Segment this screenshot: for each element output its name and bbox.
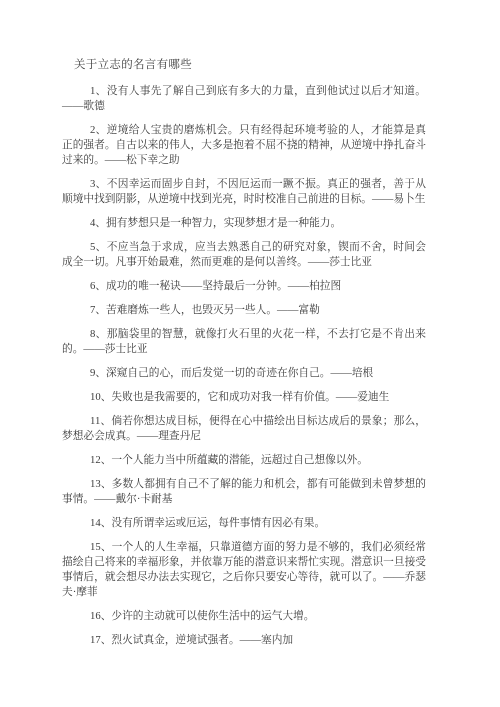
- quote-paragraph-8: 8、那脑袋里的智慧，就像打火石里的火花一样，不去打它是不肯出来的。——莎士比亚: [62, 327, 426, 357]
- quote-paragraph-15: 15、一个人的人生幸福，只靠道德方面的努力是不够的，我们必须经常描绘自己将来的幸…: [62, 540, 426, 600]
- quote-list: 1、没有人事先了解自己到底有多大的力量，直到他试过以后才知道。——歌德2、逆境给…: [62, 84, 426, 648]
- quote-paragraph-10: 10、失败也是我需要的，它和成功对我一样有价值。——爱迪生: [62, 390, 426, 405]
- quote-paragraph-16: 16、少许的主动就可以使你生活中的运气大增。: [62, 609, 426, 624]
- quote-paragraph-4: 4、拥有梦想只是一种智力，实现梦想才是一种能力。: [62, 216, 426, 231]
- quote-paragraph-7: 7、苦难磨炼一些人，也毁灭另一些人。——富勒: [62, 303, 426, 318]
- quote-paragraph-11: 11、倘若你想达成目标，便得在心中描绘出目标达成后的景象；那么，梦想必会成真。—…: [62, 414, 426, 444]
- quote-paragraph-9: 9、深窥自己的心，而后发觉一切的奇迹在你自己。——培根: [62, 366, 426, 381]
- quote-paragraph-12: 12、一个人能力当中所蕴藏的潜能，远超过自己想像以外。: [62, 453, 426, 468]
- document-title: 关于立志的名言有哪些: [62, 58, 426, 73]
- document-content: 关于立志的名言有哪些 1、没有人事先了解自己到底有多大的力量，直到他试过以后才知…: [62, 58, 426, 657]
- quote-paragraph-2: 2、逆境给人宝贵的磨炼机会。只有经得起环境考验的人，才能算是真正的强者。自古以来…: [62, 123, 426, 168]
- quote-paragraph-14: 14、没有所谓幸运或厄运，每件事情有因必有果。: [62, 516, 426, 531]
- quote-paragraph-13: 13、多数人都拥有自己不了解的能力和机会，都有可能做到未曾梦想的事情。——戴尔·…: [62, 477, 426, 507]
- document-page: 关于立志的名言有哪些 1、没有人事先了解自己到底有多大的力量，直到他试过以后才知…: [0, 0, 500, 707]
- quote-paragraph-3: 3、不因幸运而固步自封，不因厄运而一蹶不振。真正的强者，善于从顺境中找到阴影，从…: [62, 177, 426, 207]
- quote-paragraph-1: 1、没有人事先了解自己到底有多大的力量，直到他试过以后才知道。——歌德: [62, 84, 426, 114]
- quote-paragraph-5: 5、不应当急于求成，应当去熟悉自己的研究对象，锲而不舍，时间会成全一切。凡事开始…: [62, 240, 426, 270]
- quote-paragraph-6: 6、成功的唯一秘诀——坚持最后一分钟。——柏拉图: [62, 279, 426, 294]
- quote-paragraph-17: 17、烈火试真金，逆境试强者。——塞内加: [62, 633, 426, 648]
